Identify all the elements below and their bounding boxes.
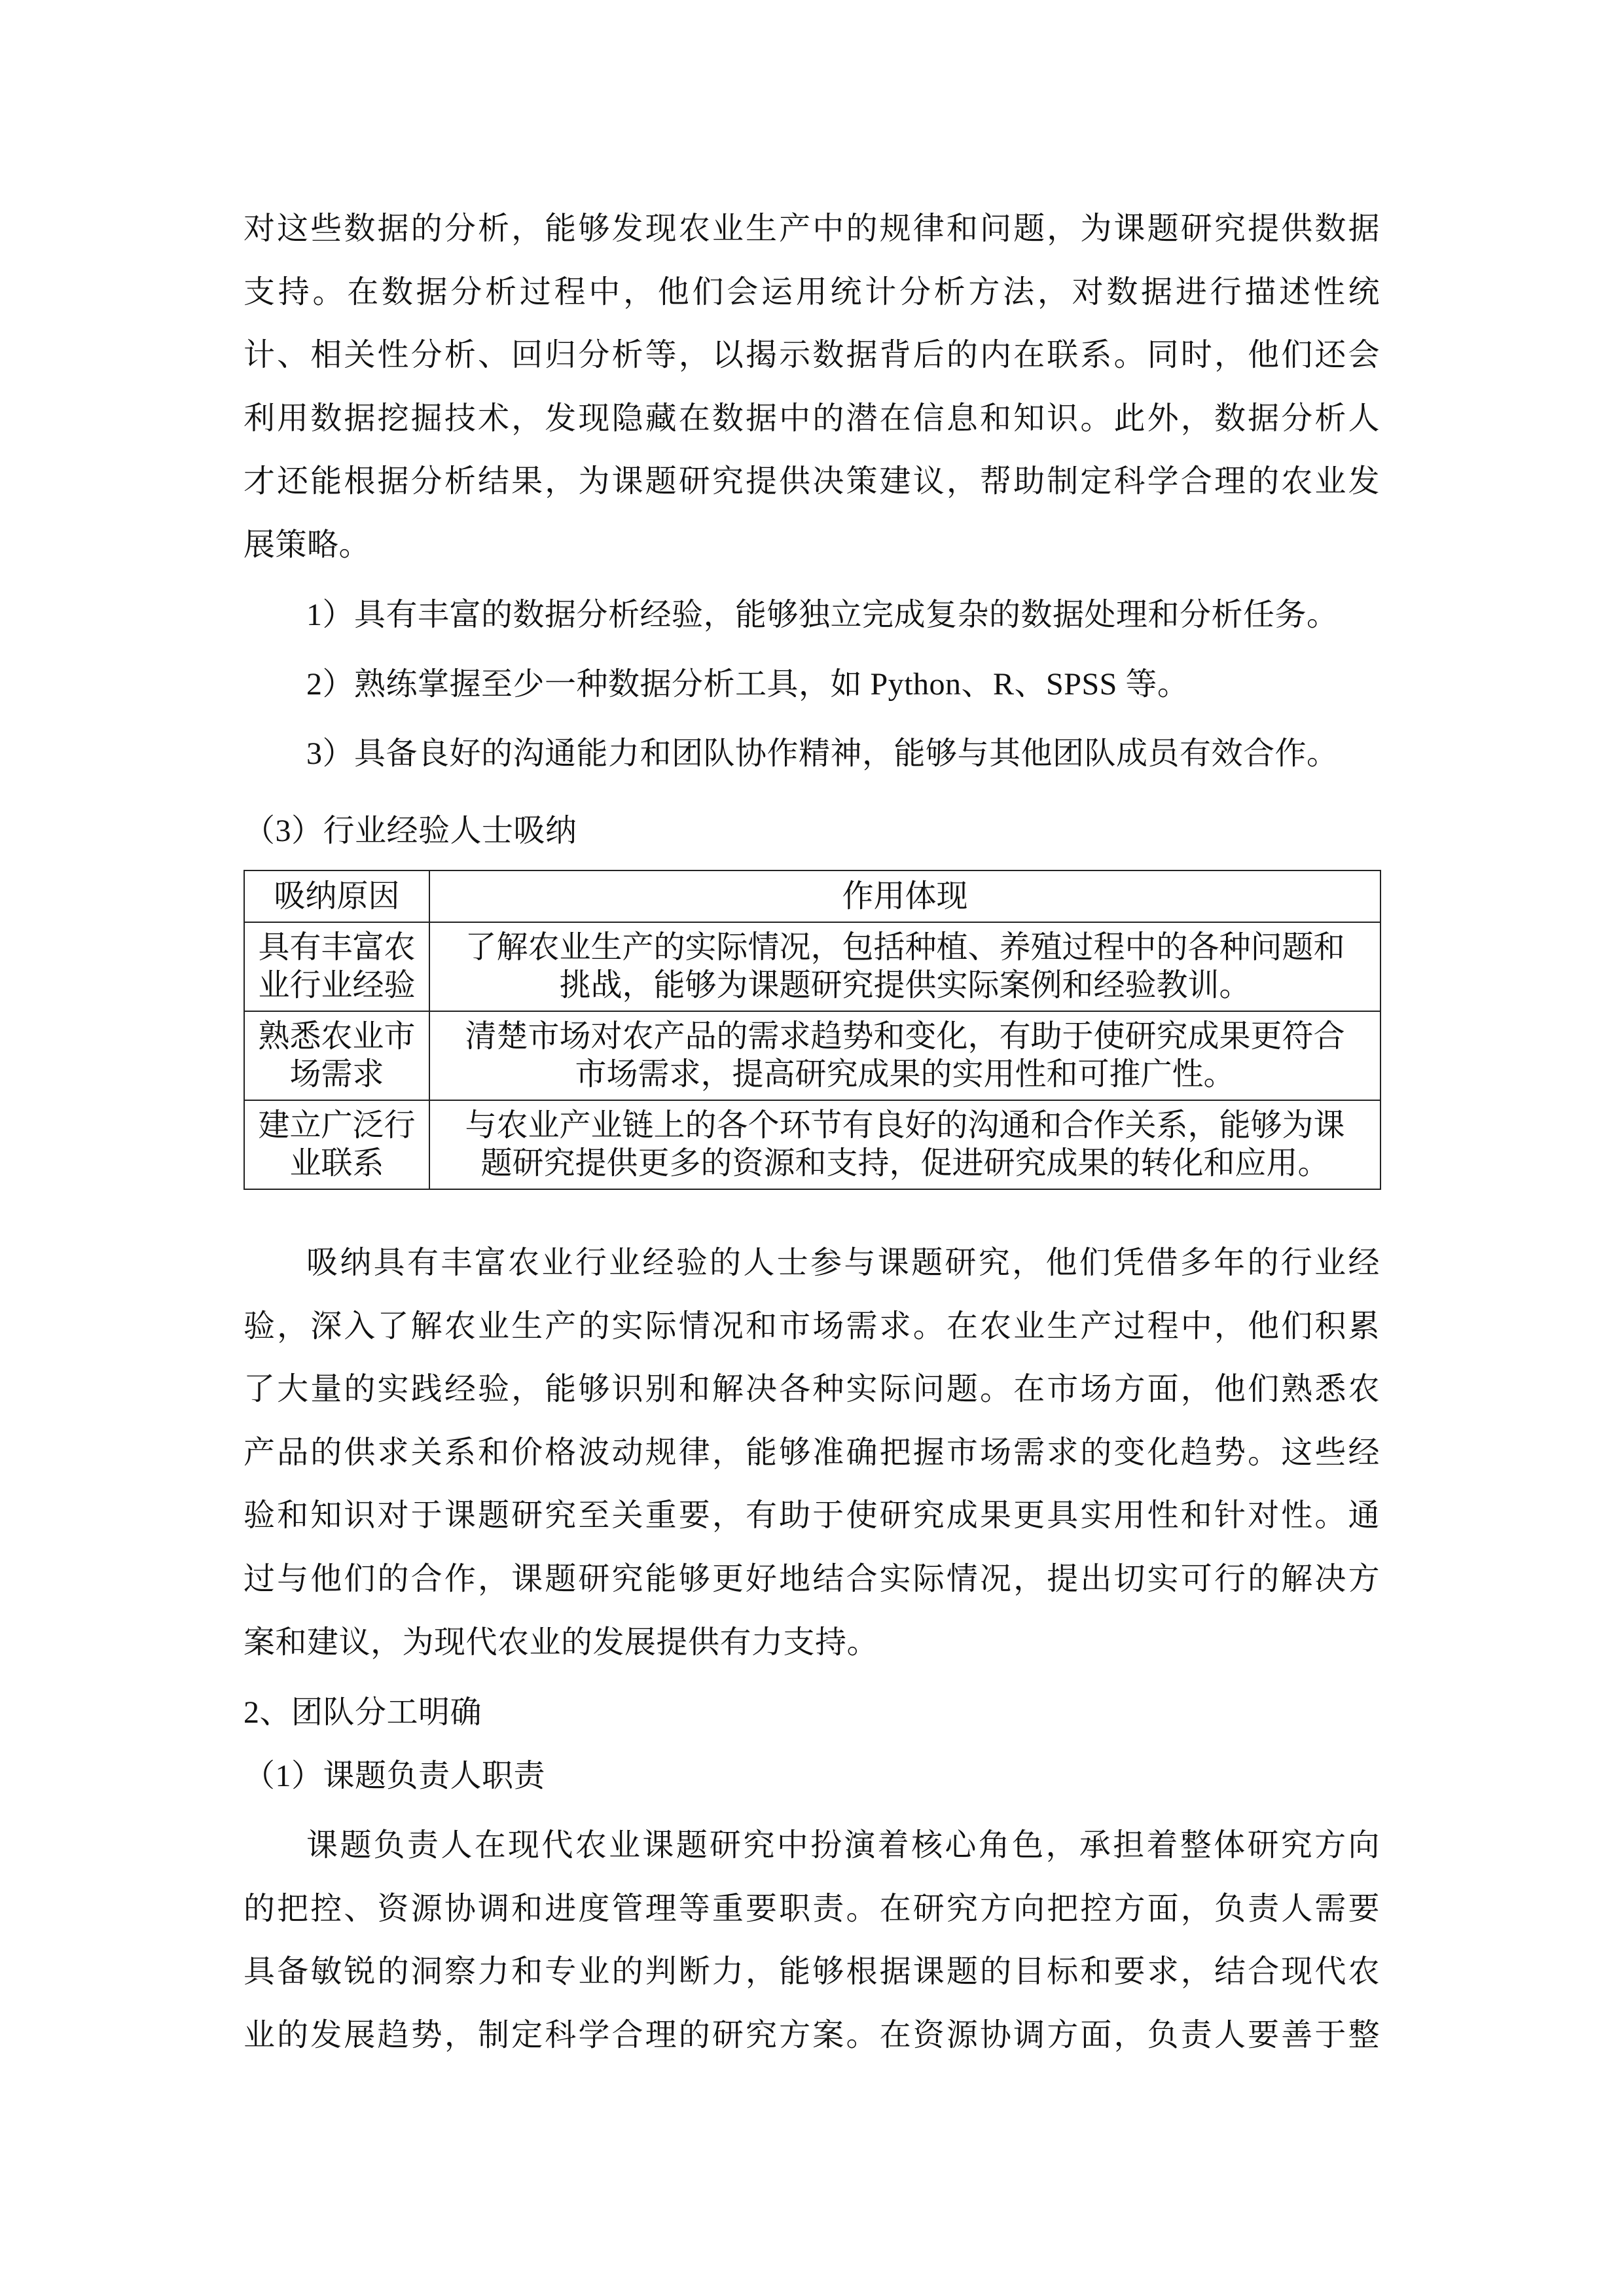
table-cell-reason: 熟悉农业市 场需求 [244, 1011, 429, 1100]
table-cell-effect: 清楚市场对农产品的需求趋势和变化，有助于使研究成果更符合 市场需求，提高研究成果… [429, 1011, 1380, 1100]
cell-line: 了解农业生产的实际情况，包括种植、养殖过程中的各种问题和 [435, 929, 1375, 967]
list-item: 1）具有丰富的数据分析经验，能够独立完成复杂的数据处理和分析任务。 [244, 596, 1380, 635]
text-line: 产品的供求关系和价格波动规律，能够准确把握市场需求的变化趋势。这些经 [244, 1433, 1380, 1473]
table-header-row: 吸纳原因 作用体现 [244, 870, 1380, 922]
table-row: 具有丰富农 业行业经验 了解农业生产的实际情况，包括种植、养殖过程中的各种问题和… [244, 922, 1380, 1011]
cell-line: 场需求 [250, 1056, 424, 1094]
text-line: 才还能根据分析结果，为课题研究提供决策建议，帮助制定科学合理的农业发 [244, 462, 1380, 501]
table-cell-effect: 了解农业生产的实际情况，包括种植、养殖过程中的各种问题和 挑战，能够为课题研究提… [429, 922, 1380, 1011]
text-line: 业的发展趋势，制定科学合理的研究方案。在资源协调方面，负责人要善于整 [244, 2016, 1380, 2055]
text-line: 吸纳具有丰富农业行业经验的人士参与课题研究，他们凭借多年的行业经 [244, 1244, 1380, 1283]
table-row: 建立广泛行 业联系 与农业产业链上的各个环节有良好的沟通和合作关系，能够为课 题… [244, 1100, 1380, 1189]
table-cell-reason: 建立广泛行 业联系 [244, 1100, 429, 1189]
cell-line: 挑战，能够为课题研究提供实际案例和经验教训。 [435, 967, 1375, 1005]
list-item: 2）熟练掌握至少一种数据分析工具，如 Python、R、SPSS 等。 [244, 665, 1380, 704]
text-line: 验和知识对于课题研究至关重要，有助于使研究成果更具实用性和针对性。通 [244, 1496, 1380, 1535]
table-row: 熟悉农业市 场需求 清楚市场对农产品的需求趋势和变化，有助于使研究成果更符合 市… [244, 1011, 1380, 1100]
table-header-cell: 吸纳原因 [244, 870, 429, 922]
text-line: 利用数据挖掘技术，发现隐藏在数据中的潜在信息和知识。此外，数据分析人 [244, 399, 1380, 439]
cell-line: 与农业产业链上的各个环节有良好的沟通和合作关系，能够为课 [435, 1107, 1375, 1145]
text-line: 验，深入了解农业生产的实际情况和市场需求。在农业生产过程中，他们积累 [244, 1307, 1380, 1346]
text-line: 了大量的实践经验，能够识别和解决各种实际问题。在市场方面，他们熟悉农 [244, 1370, 1380, 1409]
cell-line: 具有丰富农 [250, 929, 424, 967]
list-item: 3）具备良好的沟通能力和团队协作精神，能够与其他团队成员有效合作。 [244, 734, 1380, 774]
section-heading: （3）行业经验人士吸纳 [244, 812, 1380, 851]
table-cell-effect: 与农业产业链上的各个环节有良好的沟通和合作关系，能够为课 题研究提供更多的资源和… [429, 1100, 1380, 1189]
text-line: 计、相关性分析、回归分析等，以揭示数据背后的内在联系。同时，他们还会 [244, 336, 1380, 375]
cell-line: 市场需求，提高研究成果的实用性和可推广性。 [435, 1056, 1375, 1094]
cell-line: 业联系 [250, 1145, 424, 1183]
section-heading: 2、团队分工明确 [244, 1693, 1380, 1732]
text-line: 案和建议，为现代农业的发展提供有力支持。 [244, 1623, 1380, 1662]
cell-line: 熟悉农业市 [250, 1018, 424, 1056]
cell-line: 建立广泛行 [250, 1107, 424, 1145]
cell-line: 业行业经验 [250, 967, 424, 1005]
text-line: 对这些数据的分析，能够发现农业生产中的规律和问题，为课题研究提供数据 [244, 209, 1380, 249]
cell-line: 清楚市场对农产品的需求趋势和变化，有助于使研究成果更符合 [435, 1018, 1375, 1056]
text-line: 过与他们的合作，课题研究能够更好地结合实际情况，提出切实可行的解决方 [244, 1560, 1380, 1599]
cell-line: 题研究提供更多的资源和支持，促进研究成果的转化和应用。 [435, 1145, 1375, 1183]
text-line: 课题负责人在现代农业课题研究中扮演着核心角色，承担着整体研究方向 [244, 1826, 1380, 1865]
table-cell-reason: 具有丰富农 业行业经验 [244, 922, 429, 1011]
recruitment-table: 吸纳原因 作用体现 具有丰富农 业行业经验 了解农业生产的实际情况，包括种植、养… [244, 870, 1381, 1190]
text-line: 具备敏锐的洞察力和专业的判断力，能够根据课题的目标和要求，结合现代农 [244, 1952, 1380, 1992]
table-header-cell: 作用体现 [429, 870, 1380, 922]
text-line: 支持。在数据分析过程中，他们会运用统计分析方法，对数据进行描述性统 [244, 273, 1380, 312]
text-line: 展策略。 [244, 526, 1380, 565]
text-line: 的把控、资源协调和进度管理等重要职责。在研究方向把控方面，负责人需要 [244, 1890, 1380, 1929]
subsection-heading: （1）课题负责人职责 [244, 1757, 1380, 1796]
